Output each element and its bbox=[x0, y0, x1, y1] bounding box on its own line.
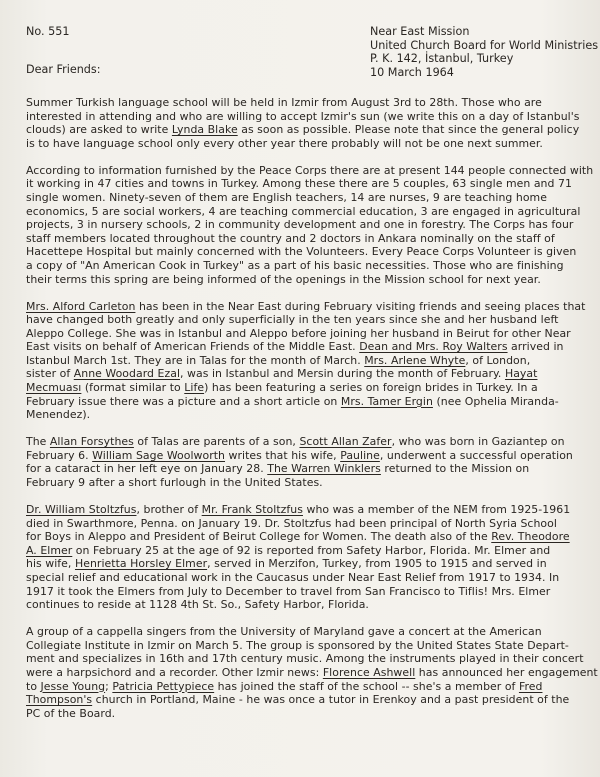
text-line: Mecmuası (format similar to Life) has be… bbox=[26, 381, 586, 395]
text-line: economics, 5 are social workers, 4 are t… bbox=[26, 205, 586, 219]
salutation: Dear Friends: bbox=[26, 63, 101, 76]
text-line: ment and specializes in 16th and 17th ce… bbox=[26, 652, 586, 666]
text-line: The Allan Forsythes of Talas are parents… bbox=[26, 435, 586, 449]
sender-address: Near East Mission United Church Board fo… bbox=[370, 25, 598, 79]
text-line: have changed both greatly and only super… bbox=[26, 313, 586, 327]
address-line-mission: Near East Mission bbox=[370, 25, 598, 39]
letter-number: No. 551 bbox=[26, 25, 69, 40]
text-line: special relief and educational work in t… bbox=[26, 571, 586, 585]
text-line: Aleppo College. She was in Istanbul and … bbox=[26, 327, 586, 341]
text-line: projects, 3 in nursery schools, 2 in com… bbox=[26, 218, 586, 232]
text-line: staff members located throughout the cou… bbox=[26, 232, 586, 246]
text-line: it working in 47 cities and towns in Tur… bbox=[26, 177, 586, 191]
text-line: Hacettepe Hospital but mainly concerned … bbox=[26, 245, 586, 259]
text-line: Istanbul March 1st. They are in Talas fo… bbox=[26, 354, 586, 368]
text-line: their terms this spring are being inform… bbox=[26, 273, 586, 287]
paragraph-izmir-news: A group of a cappella singers from the U… bbox=[26, 625, 586, 720]
text-line: Mrs. Alford Carleton has been in the Nea… bbox=[26, 300, 586, 314]
letter-page: No. 551 Dear Friends: Near East Mission … bbox=[0, 0, 600, 777]
letter-body: Summer Turkish language school will be h… bbox=[26, 96, 586, 734]
text-line: Summer Turkish language school will be h… bbox=[26, 96, 586, 110]
text-line: February 9 after a short furlough in the… bbox=[26, 476, 586, 490]
text-line: were a harpsichord and a recorder. Other… bbox=[26, 666, 586, 680]
text-line: Thompson's church in Portland, Maine - h… bbox=[26, 693, 586, 707]
text-line: Menendez). bbox=[26, 408, 586, 422]
text-line: died in Swarthmore, Penna. on January 19… bbox=[26, 517, 586, 531]
paragraph-obituaries: Dr. William Stoltzfus, brother of Mr. Fr… bbox=[26, 503, 586, 612]
letter-date: 10 March 1964 bbox=[370, 66, 598, 80]
text-line: Collegiate Institute in Izmir on March 5… bbox=[26, 639, 586, 653]
paragraph-peace-corps: According to information furnished by th… bbox=[26, 164, 586, 286]
text-line: to Jesse Young; Patricia Pettypiece has … bbox=[26, 680, 586, 694]
text-line: clouds) are asked to write Lynda Blake a… bbox=[26, 123, 586, 137]
text-line: for Boys in Aleppo and President of Beir… bbox=[26, 530, 586, 544]
text-line: A. Elmer on February 25 at the age of 92… bbox=[26, 544, 586, 558]
text-line: continues to reside at 1128 4th St. So.,… bbox=[26, 598, 586, 612]
text-line: Dr. William Stoltzfus, brother of Mr. Fr… bbox=[26, 503, 586, 517]
paragraph-language-school: Summer Turkish language school will be h… bbox=[26, 96, 586, 150]
text-line: is to have language school only every ot… bbox=[26, 137, 586, 151]
text-line: February issue there was a picture and a… bbox=[26, 395, 586, 409]
text-line: a copy of "An American Cook in Turkey" a… bbox=[26, 259, 586, 273]
text-line: 1917 it took the Elmers from July to Dec… bbox=[26, 585, 586, 599]
text-line: interested in attending and who are will… bbox=[26, 110, 586, 124]
address-line-board: United Church Board for World Ministries bbox=[370, 39, 598, 53]
text-line: February 6. William Sage Woolworth write… bbox=[26, 449, 586, 463]
text-line: PC of the Board. bbox=[26, 707, 586, 721]
text-line: his wife, Henrietta Horsley Elmer, serve… bbox=[26, 557, 586, 571]
paragraph-births-news: The Allan Forsythes of Talas are parents… bbox=[26, 435, 586, 489]
text-line: A group of a cappella singers from the U… bbox=[26, 625, 586, 639]
text-line: According to information furnished by th… bbox=[26, 164, 586, 178]
text-line: sister of Anne Woodard Ezal, was in Ista… bbox=[26, 367, 586, 381]
text-line: for a cataract in her left eye on Januar… bbox=[26, 462, 586, 476]
address-line-postbox: P. K. 142, İstanbul, Turkey bbox=[370, 52, 598, 66]
paragraph-visitors: Mrs. Alford Carleton has been in the Nea… bbox=[26, 300, 586, 422]
text-line: single women. Ninety-seven of them are E… bbox=[26, 191, 586, 205]
text-line: East visits on behalf of American Friend… bbox=[26, 340, 586, 354]
